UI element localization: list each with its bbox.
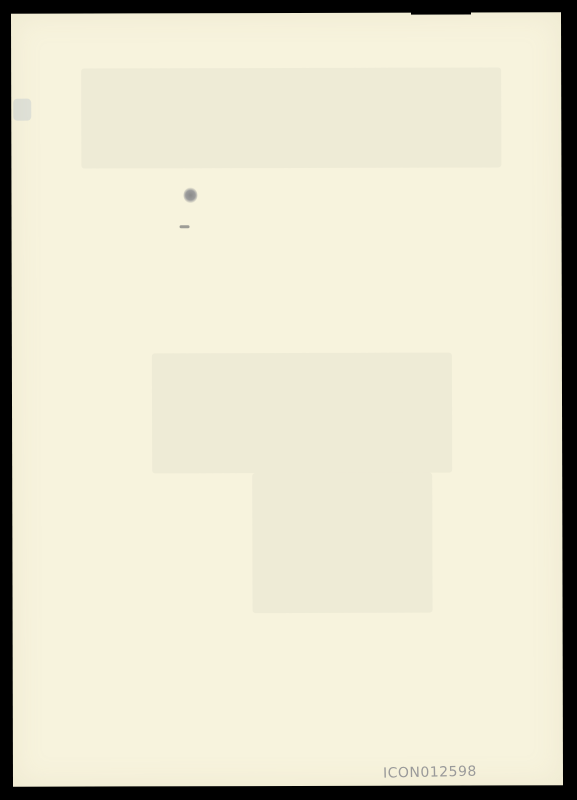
paper-sheet: ICON012598 [11,12,563,786]
show-through-text-region [81,67,501,168]
ink-smudge [183,187,197,203]
ink-smudge [180,225,190,228]
show-through-stamp-region [252,473,432,613]
ink-bleed-mark [13,99,31,121]
show-through-text-region [152,353,452,474]
paper-tear [411,11,471,15]
inventory-id-handwritten: ICON012598 [383,764,477,782]
